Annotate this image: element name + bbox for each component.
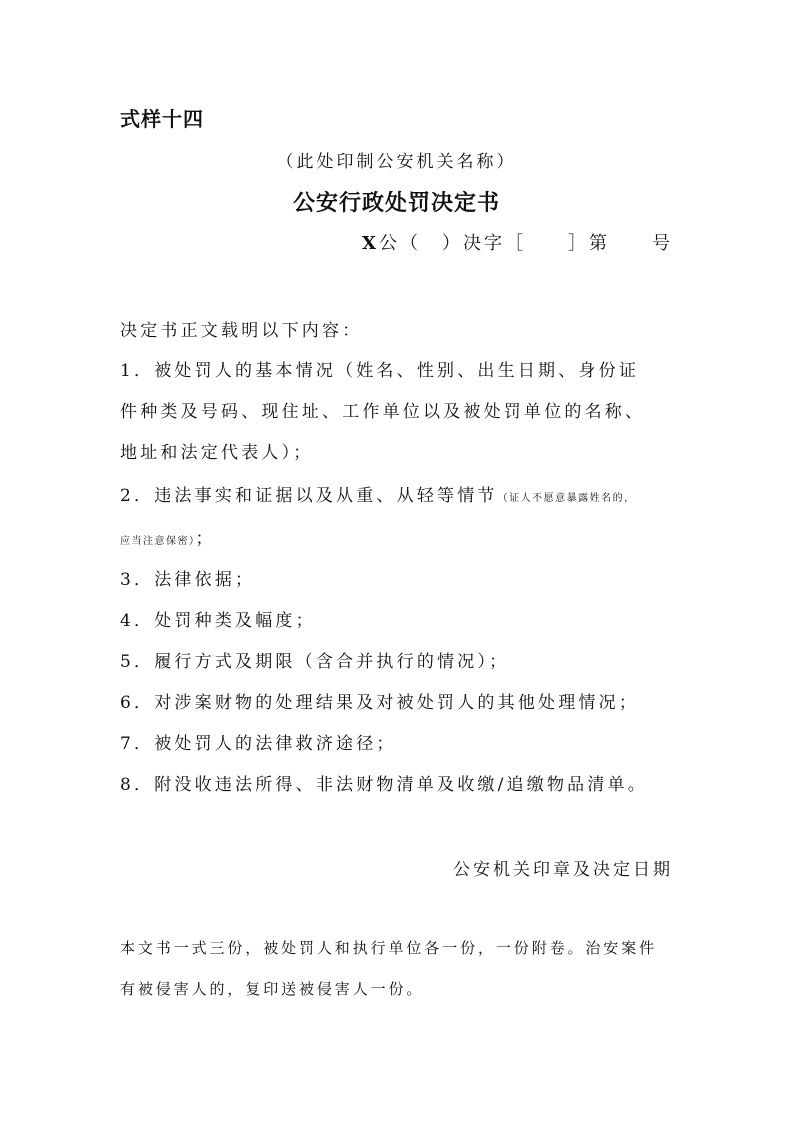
list-item-1-line-3: 地址和法定代表人）； (120, 438, 314, 463)
list-item-1-line-2: 件种类及号码、现住址、工作单位以及被处罚单位的名称、 (120, 397, 645, 422)
footer-note-line-2: 有被侵害人的，复印送被侵害人一份。 (120, 978, 424, 999)
list-item-7: 7．被处罚人的法律救济途径； (120, 729, 397, 754)
footer-note-line-1: 本文书一式三份，被处罚人和执行单位各一份，一份附卷。治安案件 (120, 937, 657, 958)
doc-number-prefix: X (362, 233, 379, 254)
document-number: X公（ ）决字［ ］第 号 (362, 229, 673, 255)
intro-text: 决定书正文载明以下内容： (120, 316, 362, 341)
list-item-2-text: 2．违法事实和证据以及从重、从轻等情节 (120, 486, 498, 506)
doc-number-rest: 公（ ）决字［ ］第 号 (379, 233, 673, 254)
list-item-1-line-1: 1．被处罚人的基本情况（姓名、性别、出生日期、身份证 (120, 356, 639, 381)
list-item-2-continued: 应当注意保密）； (120, 524, 216, 549)
form-label: 式样十四 (120, 103, 204, 132)
list-item-4: 4．处罚种类及幅度； (120, 606, 316, 631)
list-item-5: 5．履行方式及期限（含合并执行的情况）； (120, 647, 509, 672)
list-item-3: 3．法律依据； (120, 565, 255, 590)
seal-and-date: 公安机关印章及决定日期 (453, 855, 673, 880)
list-item-6: 6．对涉案财物的处理结果及对被处罚人的其他处理情况； (120, 688, 639, 713)
agency-name-placeholder: （此处印制公安机关名称） (0, 147, 793, 172)
witness-note-part1: （证人不愿意暴露姓名的， (498, 493, 636, 504)
document-title: 公安行政处罚决定书 (0, 186, 793, 217)
witness-note-part2: 应当注意保密） (120, 536, 196, 547)
list-item-8: 8．附没收违法所得、非法财物清单及收缴/追缴物品清单。 (120, 770, 648, 795)
list-item-2: 2．违法事实和证据以及从重、从轻等情节（证人不愿意暴露姓名的， (120, 481, 636, 506)
list-item-2-ending: ； (196, 529, 216, 549)
